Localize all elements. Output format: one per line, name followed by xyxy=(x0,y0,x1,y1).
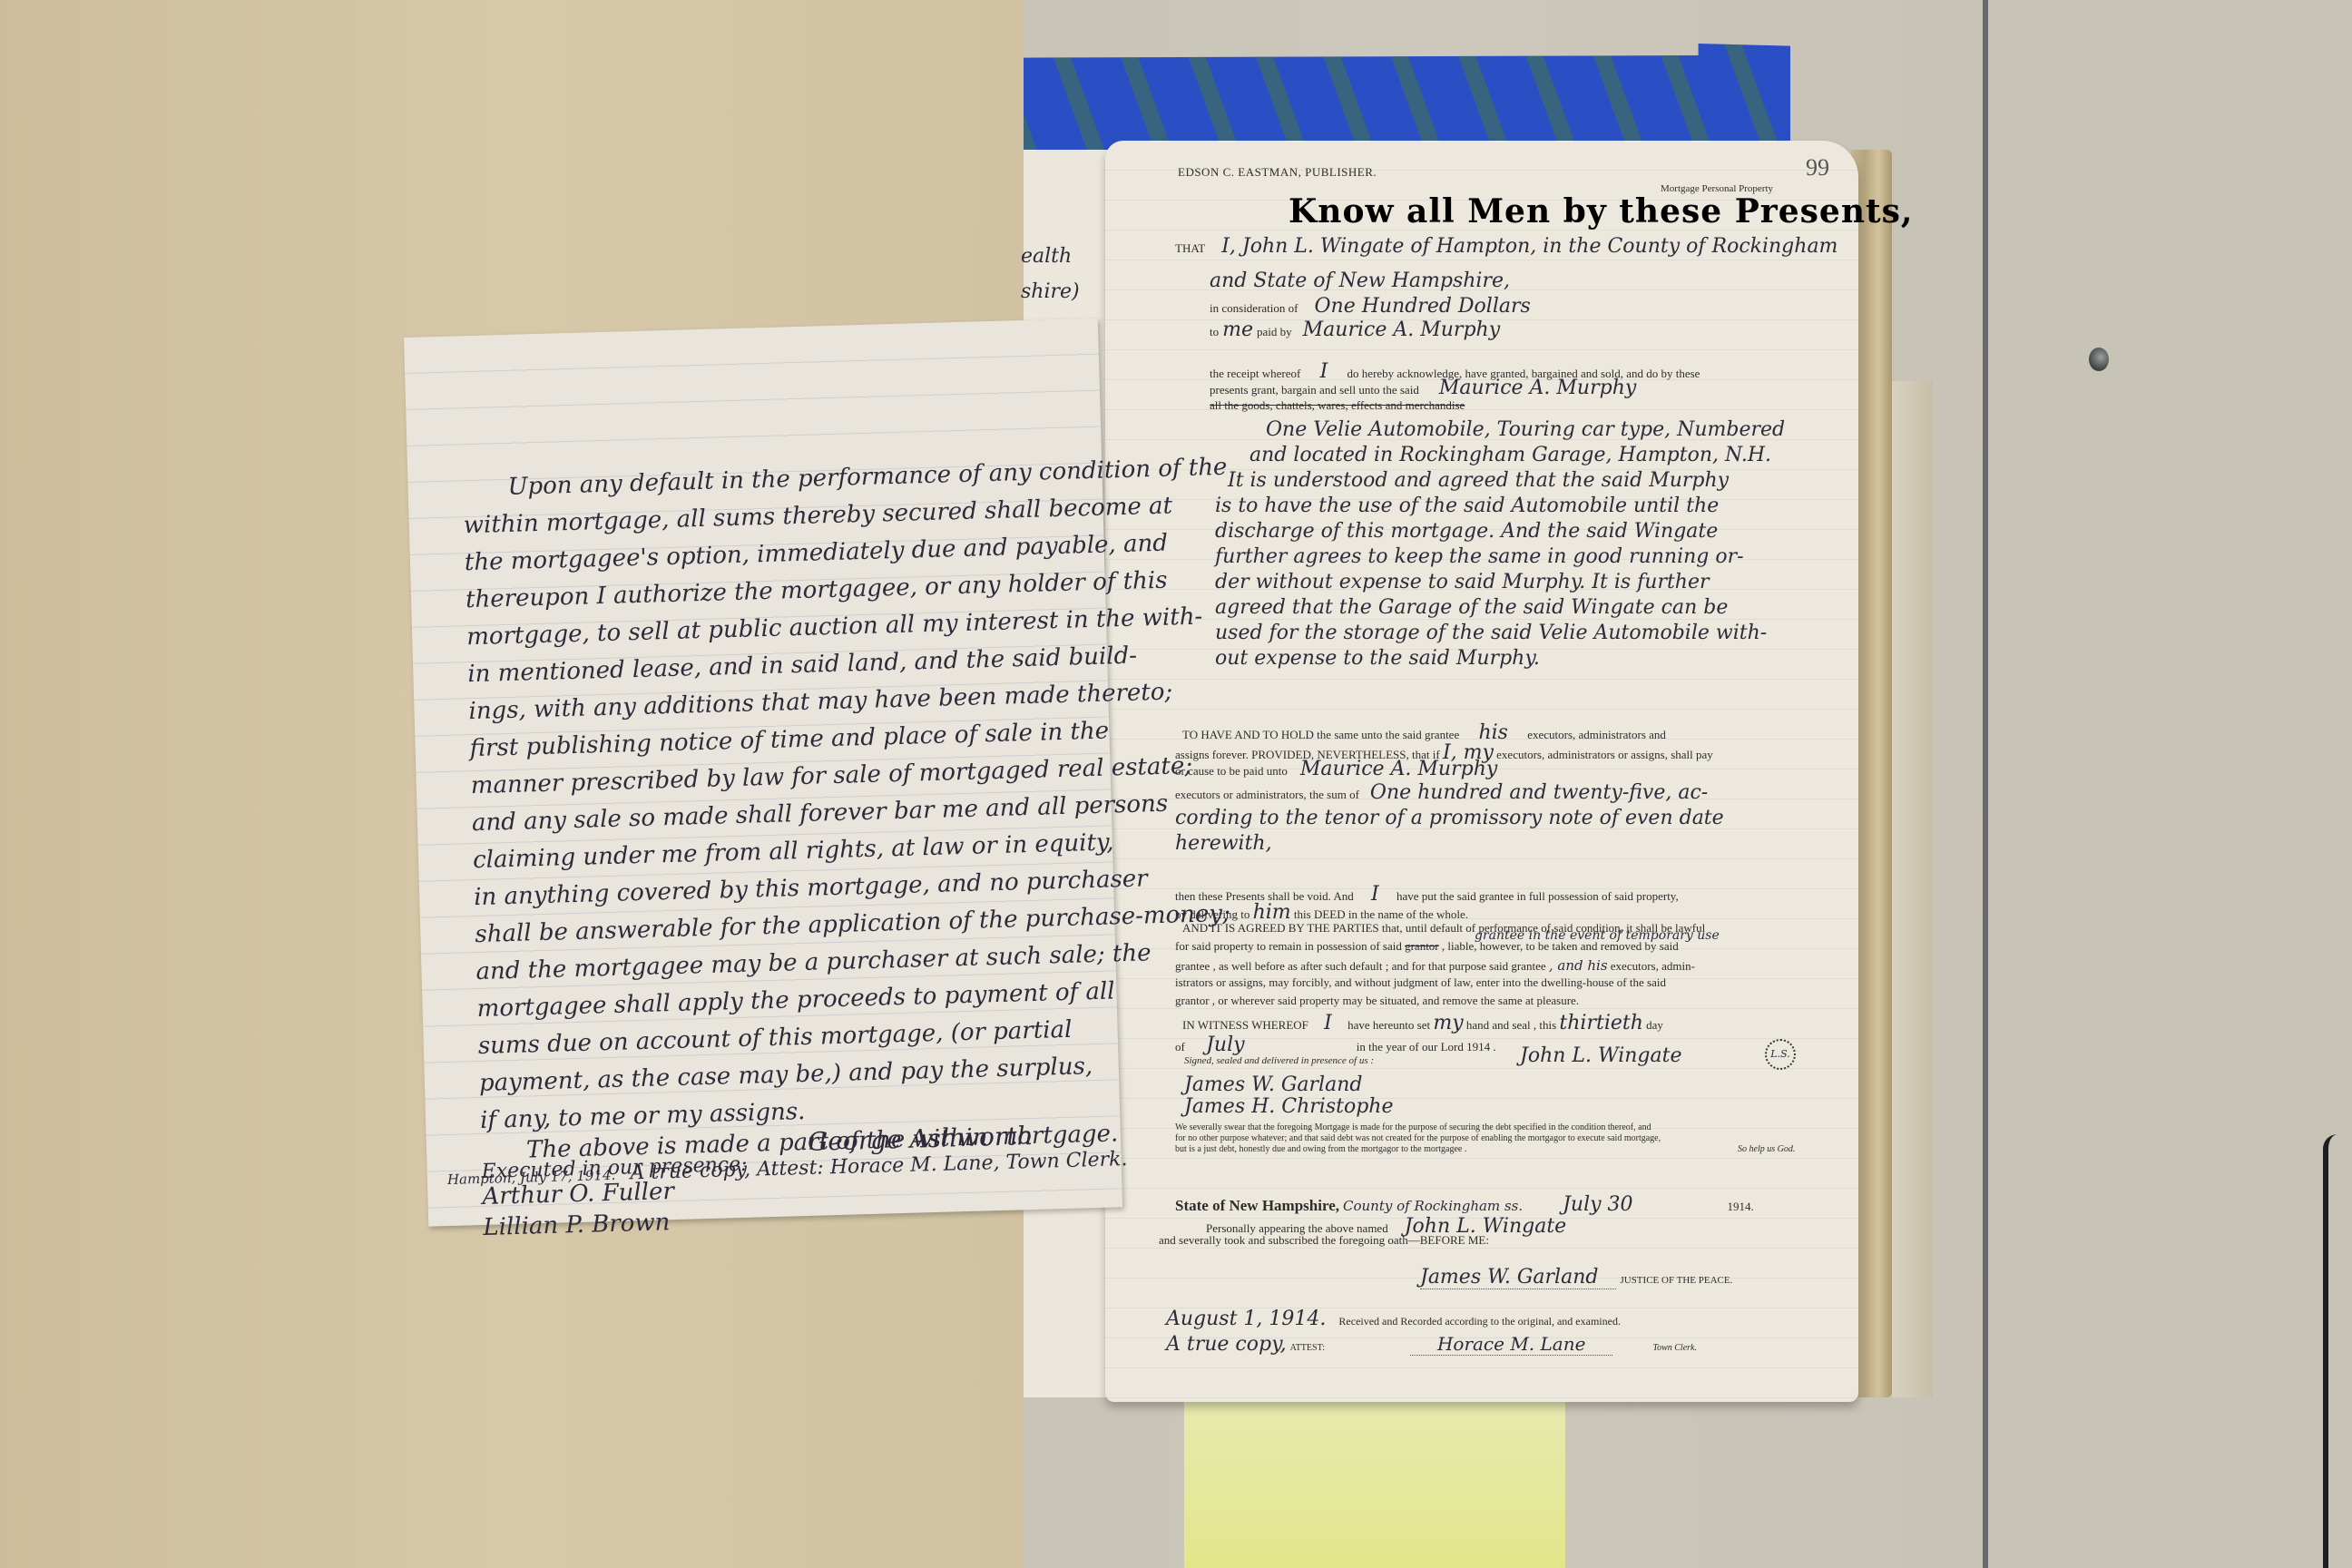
grantor-line: I, John L. Wingate of Hampton, in the Co… xyxy=(1221,235,1837,258)
grantee-name: Maurice A. Murphy xyxy=(1439,377,1636,399)
page-number: 99 xyxy=(1806,154,1829,181)
struck-goods-line: all the goods, chattels, wares, effects … xyxy=(1210,398,1465,413)
witness-signature: James W. Garland xyxy=(1184,1073,1362,1096)
property-line: One Velie Automobile, Touring car type, … xyxy=(1266,418,1785,441)
county-hand: County of Rockingham ss. xyxy=(1343,1198,1523,1214)
witness-clause: hand and seal , this xyxy=(1466,1018,1556,1032)
oath-line: but is a just debt, honestly due and owi… xyxy=(1175,1144,1466,1154)
oath-line: for no other purpose whatever; and that … xyxy=(1175,1133,1661,1143)
clerk-title: Town Clerk. xyxy=(1652,1343,1697,1353)
seal-icon: L.S. xyxy=(1765,1039,1796,1070)
ack-date: July 30 xyxy=(1563,1193,1632,1216)
attest-label: ATTEST: xyxy=(1290,1343,1325,1353)
oath-line: We severally swear that the foregoing Mo… xyxy=(1175,1122,1651,1132)
page-title: Know all Men by these Presents, xyxy=(1289,192,1913,230)
property-line: is to have the use of the said Automobil… xyxy=(1215,495,1719,517)
property-line: discharge of this mortgage. And the said… xyxy=(1215,520,1718,543)
property-line: agreed that the Garage of the said Winga… xyxy=(1215,596,1728,619)
pin-icon xyxy=(2089,348,2109,371)
ack-year: 1914. xyxy=(1728,1200,1754,1213)
agreement-line: grantor , or wherever said property may … xyxy=(1175,994,1579,1008)
cable xyxy=(2323,1134,2337,1568)
habendum-text: executors, administrators and xyxy=(1527,728,1666,741)
to-label: to xyxy=(1210,325,1219,338)
footer-place-date: Hampton, July 17, 1914. xyxy=(447,1167,616,1188)
agreement-text: , liable, however, to be taken and remov… xyxy=(1442,939,1679,953)
fragment: shire) xyxy=(1021,280,1080,303)
grantor-line-2: and State of New Hampshire, xyxy=(1210,269,1510,292)
folded-inserts xyxy=(1892,381,1933,1397)
sum-label: executors or administrators, the sum of xyxy=(1175,788,1359,801)
recorded-date: August 1, 1914. xyxy=(1166,1308,1326,1330)
delivery-text: this DEED in the name of the whole. xyxy=(1294,907,1468,921)
panel-divider xyxy=(1983,0,1988,1568)
consideration-value: One Hundred Dollars xyxy=(1314,295,1530,318)
struck-word: grantor xyxy=(1405,939,1439,953)
payee-name: Maurice A. Murphy xyxy=(1300,758,1497,780)
habendum-text: TO HAVE AND TO HOLD the same unto the sa… xyxy=(1182,728,1459,741)
agreement-hand: , and his xyxy=(1549,957,1608,974)
witness-clause: have hereunto set xyxy=(1347,1018,1430,1032)
agreement-line: istrators or assigns, may forcibly, and … xyxy=(1175,975,1666,990)
agreement-text: executors, admin- xyxy=(1611,959,1695,973)
property-line: used for the storage of the said Velie A… xyxy=(1215,622,1767,644)
publisher-label: EDSON C. EASTMAN, PUBLISHER. xyxy=(1178,165,1377,180)
year-line: in the year of our Lord 1914 . xyxy=(1357,1040,1496,1053)
clerk-signature: Horace M. Lane xyxy=(1410,1333,1612,1356)
state-heading: State of New Hampshire, xyxy=(1175,1197,1339,1214)
previous-page-fragments: ealth shire) xyxy=(1021,245,1080,303)
property-line: out expense to the said Murphy. xyxy=(1215,647,1540,670)
property-line: and located in Rockingham Garage, Hampto… xyxy=(1249,444,1771,466)
justice-title: JUSTICE OF THE PEACE. xyxy=(1620,1275,1732,1286)
witness-signature: James H. Christophe xyxy=(1184,1095,1393,1118)
agreement-text: grantee , as well before as after such d… xyxy=(1175,959,1546,973)
proviso-text: executors, administrators or assigns, sh… xyxy=(1496,748,1713,761)
witness-I: I xyxy=(1324,1012,1332,1034)
agreement-text: for said property to remain in possessio… xyxy=(1175,939,1402,953)
witness-clause: IN WITNESS WHEREOF xyxy=(1182,1018,1308,1032)
oath-subscribed-line: and severally took and subscribed the fo… xyxy=(1159,1233,1489,1248)
presents-line: presents grant, bargain and sell unto th… xyxy=(1210,383,1419,397)
note-terms: cording to the tenor of a promissory not… xyxy=(1175,807,1724,829)
true-copy: A true copy, xyxy=(1166,1333,1287,1356)
loose-addendum-sheet: Upon any default in the performance of a… xyxy=(404,318,1122,1227)
property-line: It is understood and agreed that the sai… xyxy=(1228,469,1729,492)
that-label: THAT xyxy=(1175,241,1205,255)
right-panel xyxy=(1988,0,2352,1568)
paid-me: me xyxy=(1222,318,1253,341)
fragment: ealth xyxy=(1021,245,1080,268)
of-label: of xyxy=(1175,1040,1185,1053)
property-line: further agrees to keep the same in good … xyxy=(1215,545,1744,568)
sticky-notes xyxy=(1184,1397,1565,1568)
recorded-label: Received and Recorded according to the o… xyxy=(1338,1315,1621,1328)
day-label: day xyxy=(1646,1018,1663,1032)
day-value: thirtieth xyxy=(1559,1012,1642,1034)
consideration-label: in consideration of xyxy=(1210,301,1298,315)
witness-my: my xyxy=(1433,1012,1463,1034)
sum-value: One hundred and twenty-five, ac- xyxy=(1370,781,1708,804)
signed-label: Signed, sealed and delivered in presence… xyxy=(1184,1055,1374,1066)
grantor-signature: John L. Wingate xyxy=(1520,1044,1681,1067)
oath-close: So help us God. xyxy=(1738,1144,1795,1154)
note-terms: herewith, xyxy=(1175,832,1272,855)
paid-by-label: paid by xyxy=(1257,325,1292,338)
month-value: July xyxy=(1206,1034,1244,1056)
payer-name: Maurice A. Murphy xyxy=(1303,318,1500,341)
property-line: der without expense to said Murphy. It i… xyxy=(1215,571,1710,593)
justice-signature: James W. Garland xyxy=(1420,1266,1616,1289)
